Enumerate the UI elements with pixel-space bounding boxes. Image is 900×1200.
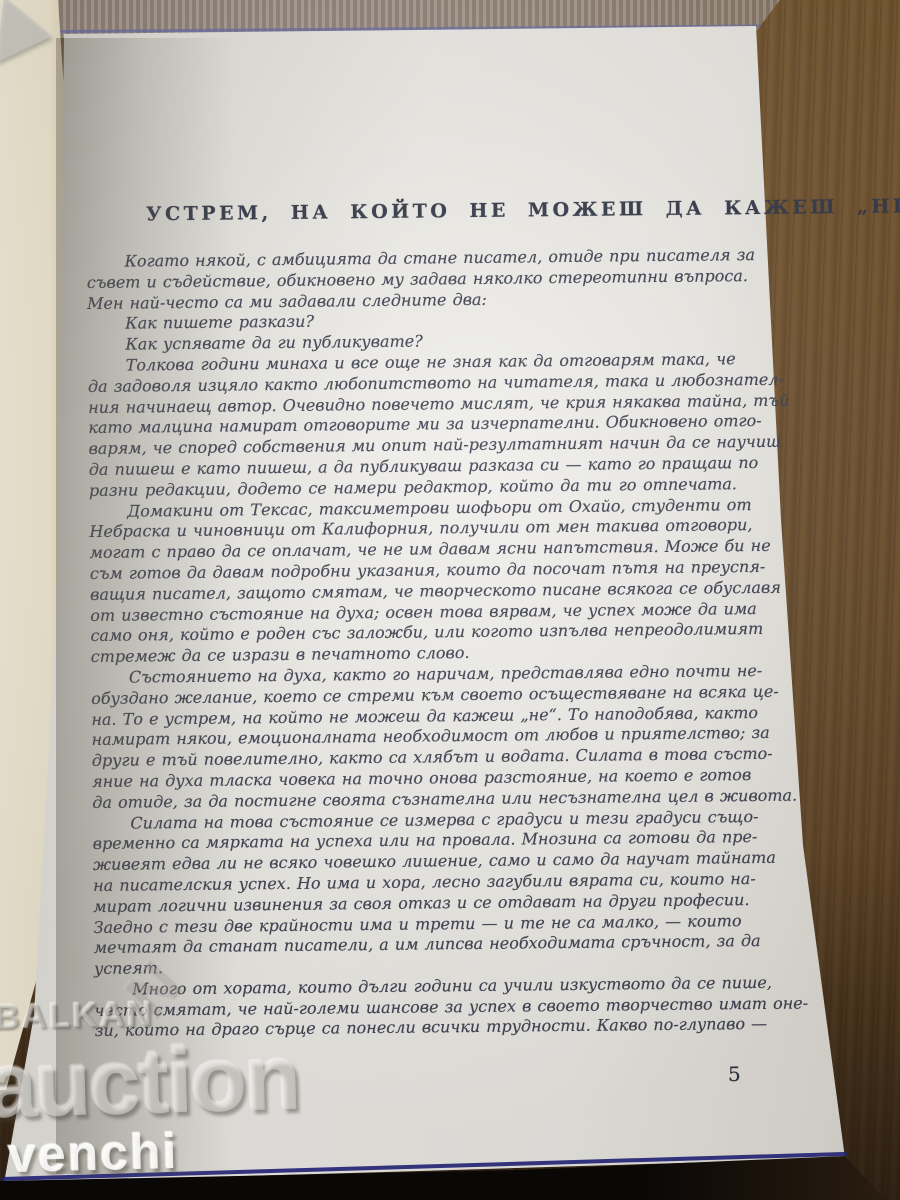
page-title: УСТРЕМ, НА КОЙТО НЕ МОЖЕШ ДА КАЖЕШ „НЕ“ xyxy=(146,197,734,225)
play-triangle-icon xyxy=(0,0,56,69)
book-photo: УСТРЕМ, НА КОЙТО НЕ МОЖЕШ ДА КАЖЕШ „НЕ“ … xyxy=(0,0,900,1200)
page-content: УСТРЕМ, НА КОЙТО НЕ МОЖЕШ ДА КАЖЕШ „НЕ“ … xyxy=(86,197,743,1042)
watermark-venchi: venchi xyxy=(7,1122,179,1184)
page-number: 5 xyxy=(728,1062,741,1086)
page-text: Когато някой, с амбицията да стане писат… xyxy=(87,245,743,1042)
